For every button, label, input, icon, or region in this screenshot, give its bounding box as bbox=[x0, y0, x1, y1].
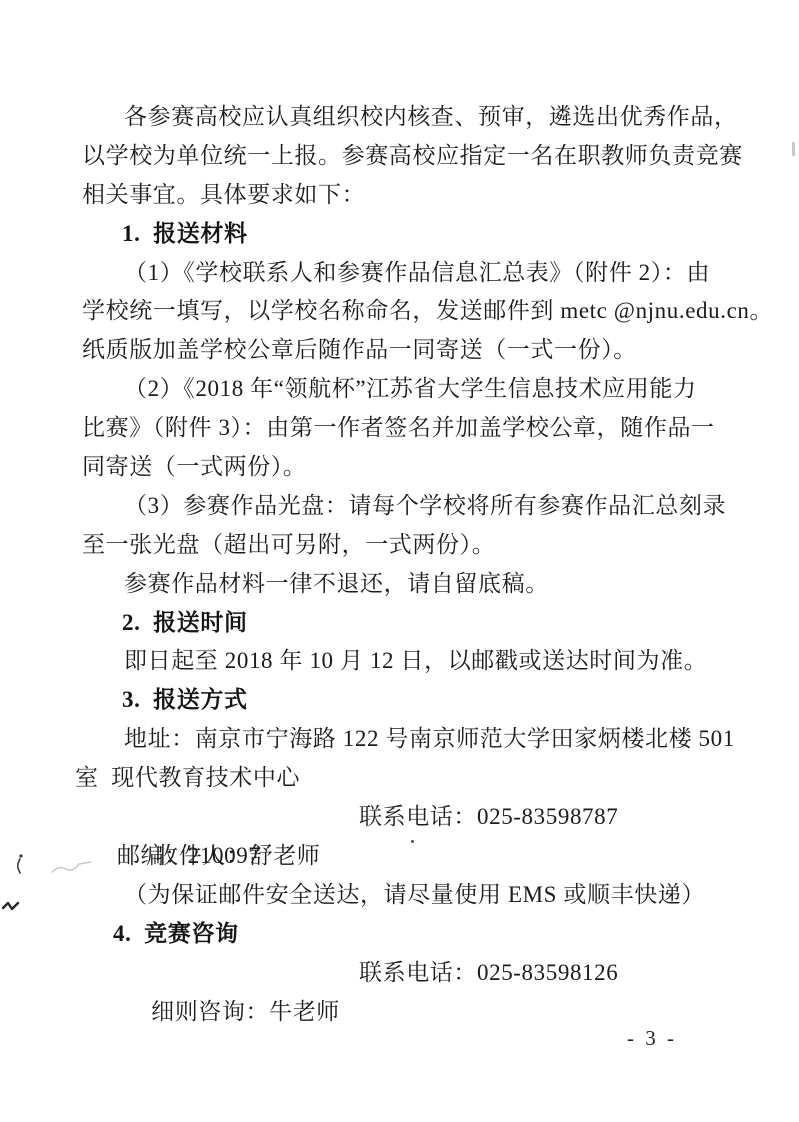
section-heading-3: 3. 报送方式 bbox=[82, 681, 747, 720]
doc-line: （2）《2018 年“领航杯”江苏省大学生信息技术应用能力 bbox=[82, 370, 747, 409]
doc-line-address: 地址：南京市宁海路 122 号南京师范大学田家炳楼北楼 501 bbox=[82, 720, 747, 759]
scanned-document-page: 各参赛高校应认真组织校内核查、预审，遴选出优秀作品， 以学校为单位统一上报。参赛… bbox=[0, 0, 799, 1122]
doc-line-postcode: 邮编：210097 bbox=[82, 837, 747, 876]
doc-line-note: （为保证邮件安全送达，请尽量使用 EMS 或顺丰快递） bbox=[82, 876, 747, 915]
doc-line: 比赛》（附件 3）：由第一作者签名并加盖学校公章，随作品一 bbox=[82, 409, 747, 448]
section-heading-1: 1. 报送材料 bbox=[82, 215, 747, 254]
section-heading-4: 4. 竞赛咨询 bbox=[82, 915, 747, 954]
pencil-squiggle-mark bbox=[50, 860, 94, 876]
doc-line: 同寄送（一式两份）。 bbox=[82, 448, 747, 487]
ink-dot-speck bbox=[411, 840, 414, 843]
ink-check-mark bbox=[1, 898, 21, 914]
doc-line: 各参赛高校应认真组织校内核查、预审，遴选出优秀作品， bbox=[82, 98, 747, 137]
doc-line: （1）《学校联系人和参赛作品信息汇总表》（附件 2）：由 bbox=[82, 254, 747, 293]
doc-line: 即日起至 2018 年 10 月 12 日，以邮戳或送达时间为准。 bbox=[82, 642, 747, 681]
doc-line: 纸质版加盖学校公章后随作品一同寄送（一式一份）。 bbox=[82, 331, 747, 370]
doc-line: 学校统一填写，以学校名称命名，发送邮件到 metc @njnu.edu.cn。 bbox=[82, 292, 747, 331]
doc-line-address-cont: 室 现代教育技术中心 bbox=[75, 759, 747, 798]
contact-phone-2: 联系电话：025-83598126 bbox=[359, 954, 618, 993]
page-number: - 3 - bbox=[627, 1028, 677, 1048]
consult-label: 细则咨询：牛老师 bbox=[151, 999, 340, 1024]
contact-phone-1: 联系电话：025-83598787 bbox=[359, 798, 618, 837]
doc-line: 参赛作品材料一律不退还，请自留底稿。 bbox=[82, 565, 747, 604]
doc-line: （3）参赛作品光盘：请每个学校将所有参赛作品汇总刻录 bbox=[82, 487, 747, 526]
section-heading-2: 2. 报送时间 bbox=[82, 604, 747, 643]
doc-line: 至一张光盘（超出可另附，一式两份）。 bbox=[82, 526, 747, 565]
doc-line-consult: 细则咨询：牛老师 联系电话：025-83598126 bbox=[82, 954, 747, 993]
ink-scribble-mark bbox=[12, 853, 30, 875]
doc-line-recipient: 收件人：舒老师 联系电话：025-83598787 bbox=[82, 798, 747, 837]
doc-line: 以学校为单位统一上报。参赛高校应指定一名在职教师负责竞赛 bbox=[82, 137, 747, 176]
document-body: 各参赛高校应认真组织校内核查、预审，遴选出优秀作品， 以学校为单位统一上报。参赛… bbox=[82, 98, 747, 992]
scan-edge-mark bbox=[792, 142, 795, 156]
doc-line: 相关事宜。具体要求如下： bbox=[82, 176, 747, 215]
